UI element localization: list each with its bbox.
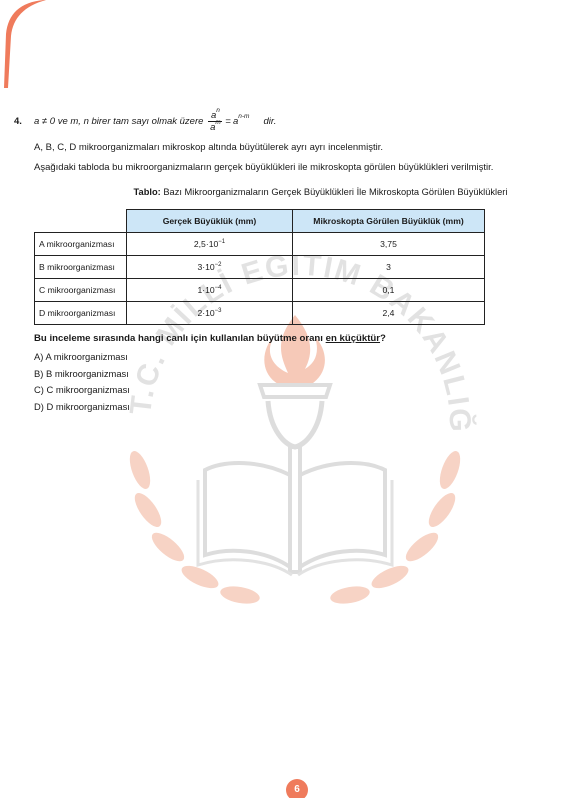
question-premise: 4. a ≠ 0 ve m, n birer tam sayı olmak üz…	[14, 110, 276, 133]
option-c[interactable]: C) C mikroorganizması	[34, 384, 130, 401]
row-label: A mikroorganizması	[35, 233, 127, 256]
option-letter: B)	[34, 368, 43, 379]
option-b[interactable]: B) B mikroorganizması	[34, 368, 130, 385]
paragraph-2: Aşağıdaki tabloda bu mikroorganizmaların…	[34, 162, 493, 173]
table-row: A mikroorganizması 2,5·10−1 3,75	[35, 233, 485, 256]
denominator-exponent: m	[215, 119, 220, 126]
row-label: B mikroorganizması	[35, 256, 127, 279]
table-row: D mikroorganizması 2·10−3 2,4	[35, 302, 485, 325]
header-real-size: Gerçek Büyüklük (mm)	[127, 210, 293, 233]
seen-size-cell: 0,1	[293, 279, 485, 302]
real-size-cell: 2·10−3	[127, 302, 293, 325]
table-caption: Tablo: Bazı Mikroorganizmaların Gerçek B…	[0, 187, 581, 197]
option-text: C mikroorganizması	[47, 384, 130, 395]
seen-size-cell: 2,4	[293, 302, 485, 325]
prompt-text: Bu inceleme sırasında hangi canlı için k…	[34, 333, 323, 344]
exponent-fraction: an am	[208, 110, 222, 133]
paragraph-1: A, B, C, D mikroorganizmaları mikroskop …	[34, 142, 383, 153]
premise-text: a ≠ 0 ve m, n birer tam sayı olmak üzere	[34, 116, 203, 127]
header-seen-size: Mikroskopta Görülen Büyüklük (mm)	[293, 210, 485, 233]
question-prompt: Bu inceleme sırasında hangi canlı için k…	[34, 333, 386, 344]
real-size-cell: 1·10−4	[127, 279, 293, 302]
table-row: C mikroorganizması 1·10−4 0,1	[35, 279, 485, 302]
table-row: B mikroorganizması 3·10−2 3	[35, 256, 485, 279]
seen-size-cell: 3	[293, 256, 485, 279]
seen-size-cell: 3,75	[293, 233, 485, 256]
option-text: B mikroorganizması	[46, 368, 129, 379]
answer-options: A) A mikroorganizması B) B mikroorganizm…	[34, 351, 130, 417]
corner-swoosh-icon	[0, 0, 60, 90]
option-d[interactable]: D) D mikroorganizması	[34, 401, 130, 418]
caption-text: Bazı Mikroorganizmaların Gerçek Büyüklük…	[163, 187, 507, 197]
option-letter: D)	[34, 401, 44, 412]
question-number: 4.	[14, 116, 34, 127]
real-size-cell: 2,5·10−1	[127, 233, 293, 256]
result-exponent: n-m	[238, 113, 249, 120]
option-a[interactable]: A) A mikroorganizması	[34, 351, 130, 368]
prompt-end: ?	[380, 333, 386, 344]
table-header-row: Gerçek Büyüklük (mm) Mikroskopta Görülen…	[35, 210, 485, 233]
page-number-badge: 6	[286, 779, 308, 798]
equals-sign: =	[225, 116, 231, 127]
prompt-emphasis: en küçüktür	[326, 333, 380, 344]
real-size-cell: 3·10−2	[127, 256, 293, 279]
row-label: C mikroorganizması	[35, 279, 127, 302]
option-letter: A)	[34, 351, 43, 362]
option-letter: C)	[34, 384, 44, 395]
option-text: D mikroorganizması	[47, 401, 130, 412]
option-text: A mikroorganizması	[45, 351, 127, 362]
row-label: D mikroorganizması	[35, 302, 127, 325]
size-table: Gerçek Büyüklük (mm) Mikroskopta Görülen…	[34, 209, 485, 325]
caption-label: Tablo:	[134, 187, 161, 197]
header-empty-cell	[35, 210, 127, 233]
numerator-exponent: n	[216, 107, 220, 114]
premise-suffix: dir.	[263, 116, 276, 127]
